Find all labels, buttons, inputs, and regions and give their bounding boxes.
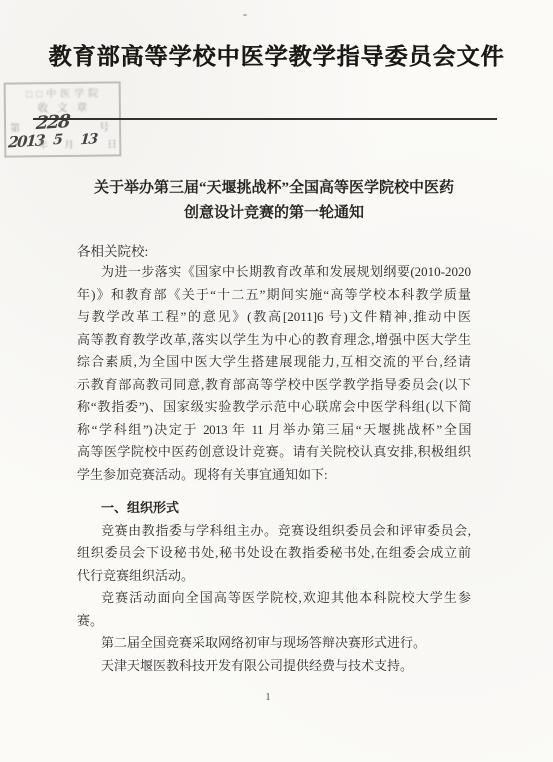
body-line: 与教学改革工程”的意见》(教高[2011]6 号)文件精神,推动中医 (77, 306, 471, 329)
page-number: 1 (262, 691, 274, 703)
body-line: 竞赛由教指委与学科组主办。竞赛设组织委员会和评审委员会, (77, 520, 471, 543)
body-line: 综合素质,为全国中医大学生搭建展现能力,互相交流的平台,经请 (77, 351, 471, 374)
body-line: 示教育部高教司同意,教育部高等学校中医学教学指导委员会(以下 (77, 374, 471, 397)
stamp-year-label: 年 (38, 137, 48, 151)
body-line: 称“教指委”)、国家级实验教学示范中心联席会中医学科组(以下简 (77, 396, 471, 419)
body-line: 竞赛活动面向全国高等医学院校,欢迎其他本科院校大学生参 (77, 587, 471, 610)
body-line: 高等教育教学改革,落实以学生为中心的教育理念,增强中医大学生 (77, 329, 471, 352)
body-line: 称“学科组”)决定于 2013 年 11 月举办第三届“天堰挑战杯”全国 (77, 419, 471, 442)
stamp-month-handwritten: 5 (53, 132, 62, 149)
stamp-day-label: 日 (107, 136, 117, 150)
document-body: 为进一步落实《国家中长期教育改革和发展规划纲要(2010-2020 年)》和教育… (77, 261, 471, 677)
letterhead-title: 教育部高等学校中医学教学指导委员会文件 (0, 41, 553, 73)
body-line: 学生参加竞赛活动。现将有关事宜通知如下: (77, 464, 471, 487)
scan-noise-speck (243, 14, 247, 16)
document-page: 教育部高等学校中医学教学指导委员会文件 □□中医学院 收文章 第 228 号 2… (0, 0, 553, 762)
document-title-line2: 创意设计竞赛的第一轮通知 (77, 201, 471, 226)
body-line: 赛。 (77, 610, 471, 633)
section-heading: 一、组织形式 (77, 497, 471, 520)
body-line: 第二届全国竞赛采取网络初审与现场答辩决赛形式进行。 (77, 632, 471, 655)
stamp-month-label: 月 (64, 137, 74, 151)
body-line: 为进一步落实《国家中长期教育改革和发展规划纲要(2010-2020 (77, 261, 471, 284)
salutation: 各相关院校: (77, 243, 471, 261)
body-line: 年)》和教育部《关于“十二五”期间实施“高等学校本科教学质量 (77, 284, 471, 307)
body-line: 高等医学院校中医药创意设计竞赛。请有关院校认真安排,积极组织 (77, 441, 471, 464)
document-title: 关于举办第三届“天堰挑战杯”全国高等医学院校中医药 创意设计竞赛的第一轮通知 (77, 176, 471, 226)
document-title-line1: 关于举办第三届“天堰挑战杯”全国高等医学院校中医药 (77, 176, 471, 201)
stamp-org-name: □□中医学院 (6, 84, 119, 100)
body-line: 天津天堰医教科技开发有限公司提供经费与技术支持。 (77, 655, 471, 678)
body-line: 代行竞赛组织活动。 (77, 565, 471, 588)
stamp-day-handwritten: 13 (80, 131, 98, 148)
letterhead-divider-line (33, 118, 497, 120)
stamp-no-suffix: 号 (99, 119, 109, 134)
body-line: 组织委员会下设秘书处,秘书处设在教指委秘书处,在组委会成立前 (77, 542, 471, 565)
